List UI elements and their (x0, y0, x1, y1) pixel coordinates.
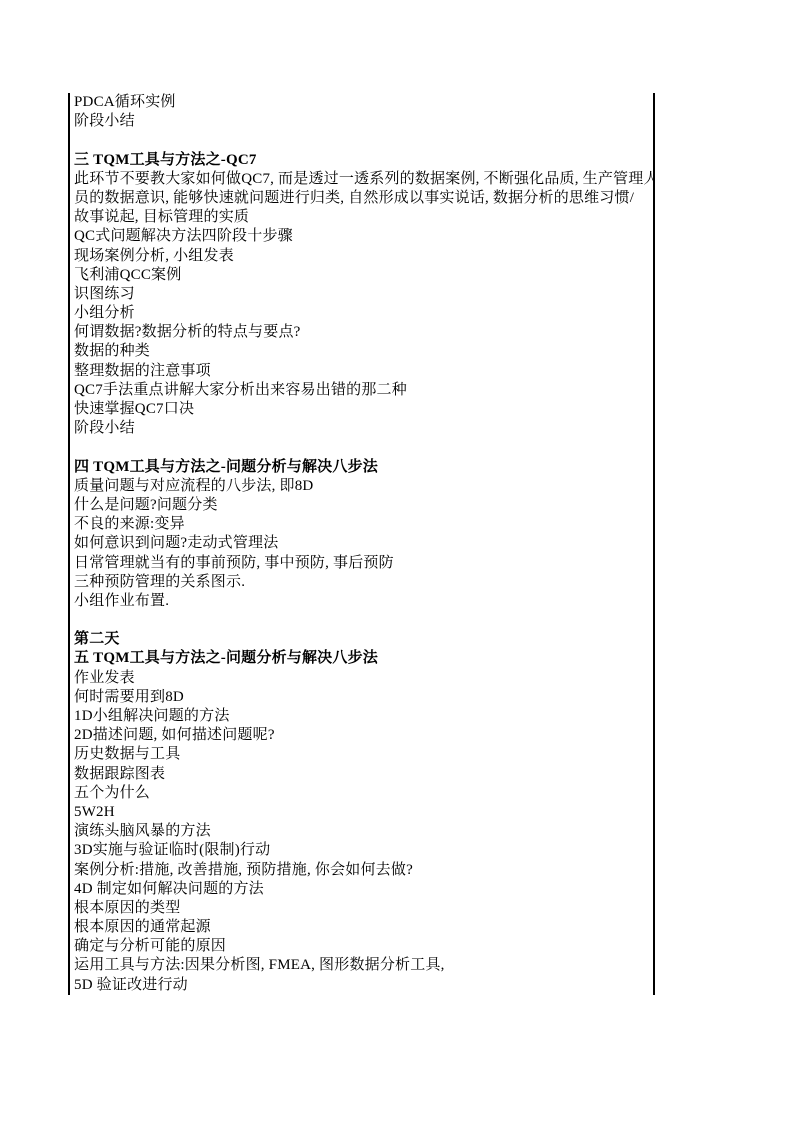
outline-text-line: 此环节不要教大家如何做QC7, 而是透过一透系列的数据案例, 不断强化品质, 生… (70, 170, 653, 189)
outline-text-line: 1D小组解决问题的方法 (70, 707, 653, 726)
outline-text-line: 3D实施与验证临时(限制)行动 (70, 841, 653, 860)
blank-line (70, 611, 653, 630)
outline-text-line: 故事说起, 目标管理的实质 (70, 208, 653, 227)
outline-text-line: 如何意识到问题?走动式管理法 (70, 534, 653, 553)
outline-text-line: QC7手法重点讲解大家分析出来容易出错的那二种 (70, 381, 653, 400)
outline-text-line: 现场案例分析, 小组发表 (70, 247, 653, 266)
outline-text-line: 什么是问题?问题分类 (70, 496, 653, 515)
outline-text-line: 5W2H (70, 803, 653, 822)
outline-text-line: 数据跟踪图表 (70, 765, 653, 784)
outline-text-line: 4D 制定如何解决问题的方法 (70, 880, 653, 899)
outline-text-line: 五个为什么 (70, 784, 653, 803)
outline-heading-line: 三 TQM工具与方法之-QC7 (70, 151, 653, 170)
document-page: PDCA循环实例阶段小结三 TQM工具与方法之-QC7此环节不要教大家如何做QC… (0, 0, 795, 1124)
outline-text-line: 整理数据的注意事项 (70, 362, 653, 381)
outline-text-line: 案例分析:措施, 改善措施, 预防措施, 你会如何去做? (70, 861, 653, 880)
outline-text-line: 运用工具与方法:因果分析图, FMEA, 图形数据分析工具, (70, 956, 653, 975)
outline-text-line: 数据的种类 (70, 342, 653, 361)
blank-line (70, 438, 653, 457)
outline-text-line: PDCA循环实例 (70, 93, 653, 112)
outline-text-line: 不良的来源:变异 (70, 515, 653, 534)
outline-text-line: 作业发表 (70, 669, 653, 688)
outline-text-line: 快速掌握QC7口决 (70, 400, 653, 419)
outline-text-line: 员的数据意识, 能够快速就问题进行归类, 自然形成以事实说话, 数据分析的思维习… (70, 189, 653, 208)
outline-text-line: 何时需要用到8D (70, 688, 653, 707)
outline-heading-line: 第二天 (70, 630, 653, 649)
blank-line (70, 131, 653, 150)
outline-text-line: 何谓数据?数据分析的特点与要点? (70, 323, 653, 342)
outline-text-line: 飞利浦QCC案例 (70, 266, 653, 285)
outline-heading-line: 四 TQM工具与方法之-问题分析与解决八步法 (70, 458, 653, 477)
outline-text-line: QC式问题解决方法四阶段十步骤 (70, 227, 653, 246)
outline-text-line: 小组分析 (70, 304, 653, 323)
outline-text-line: 演练头脑风暴的方法 (70, 822, 653, 841)
outline-text-line: 质量问题与对应流程的八步法, 即8D (70, 477, 653, 496)
course-outline-column: PDCA循环实例阶段小结三 TQM工具与方法之-QC7此环节不要教大家如何做QC… (68, 93, 655, 995)
outline-text-line: 阶段小结 (70, 112, 653, 131)
outline-heading-line: 五 TQM工具与方法之-问题分析与解决八步法 (70, 649, 653, 668)
outline-text-line: 2D描述问题, 如何描述问题呢? (70, 726, 653, 745)
outline-text-line: 识图练习 (70, 285, 653, 304)
outline-text-line: 确定与分析可能的原因 (70, 937, 653, 956)
outline-text-line: 5D 验证改进行动 (70, 976, 653, 995)
outline-text-line: 根本原因的类型 (70, 899, 653, 918)
outline-text-line: 阶段小结 (70, 419, 653, 438)
outline-text-line: 历史数据与工具 (70, 745, 653, 764)
outline-text-line: 根本原因的通常起源 (70, 918, 653, 937)
outline-text-line: 三种预防管理的关系图示. (70, 573, 653, 592)
outline-text-line: 小组作业布置. (70, 592, 653, 611)
outline-text-line: 日常管理就当有的事前预防, 事中预防, 事后预防 (70, 554, 653, 573)
